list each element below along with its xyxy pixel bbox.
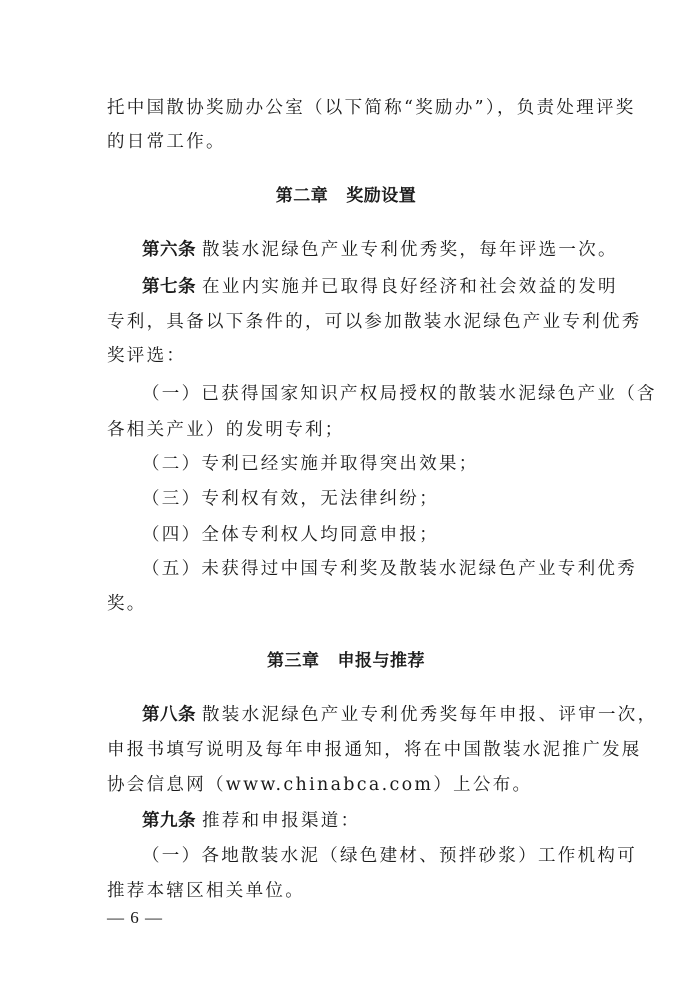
article-text: 散装水泥绿色产业专利优秀奖，每年评选一次。 xyxy=(202,240,618,260)
condition-item: （三）专利权有效，无法律纠纷； xyxy=(107,487,585,511)
article-8: 第八条散装水泥绿色产业专利优秀奖每年申报、评审一次， xyxy=(107,703,585,727)
paragraph-line: 各相关产业）的发明专利； xyxy=(107,418,585,442)
chapter-number: 第三章 xyxy=(267,651,320,671)
article-label: 第八条 xyxy=(142,705,196,725)
condition-item: （一）已获得国家知识产权局授权的散装水泥绿色产业（含 xyxy=(107,382,585,406)
paragraph-line: 专利，具备以下条件的，可以参加散装水泥绿色产业专利优秀 xyxy=(107,310,585,334)
condition-item: （二）专利已经实施并取得突出效果； xyxy=(107,452,585,476)
article-label: 第七条 xyxy=(142,277,196,297)
article-text: 在业内实施并已取得良好经济和社会效益的发明 xyxy=(202,277,618,297)
article-text: 散装水泥绿色产业专利优秀奖每年申报、评审一次， xyxy=(202,705,657,725)
page-number: — 6 — xyxy=(107,906,163,930)
article-label: 第六条 xyxy=(142,240,196,260)
paragraph-line: 协会信息网（www.chinabca.com）上公布。 xyxy=(107,773,585,797)
chapter-heading: 第二章奖励设置 xyxy=(107,184,585,208)
article-9: 第九条推荐和申报渠道： xyxy=(107,809,585,833)
paragraph-line: 申报书填写说明及每年申报通知，将在中国散装水泥推广发展 xyxy=(107,738,585,762)
chapter-title: 申报与推荐 xyxy=(338,651,426,671)
paragraph-line: 托中国散协奖励办公室（以下简称“奖励办”），负责处理评奖 xyxy=(107,96,585,120)
chapter-number: 第二章 xyxy=(276,186,329,206)
article-6: 第六条散装水泥绿色产业专利优秀奖，每年评选一次。 xyxy=(107,238,585,262)
chapter-title: 奖励设置 xyxy=(346,186,416,206)
paragraph-line: 奖。 xyxy=(107,592,585,616)
condition-item: （四）全体专利权人均同意申报； xyxy=(107,523,585,547)
article-label: 第九条 xyxy=(142,811,196,831)
article-7: 第七条在业内实施并已取得良好经济和社会效益的发明 xyxy=(107,275,585,299)
article-text: 推荐和申报渠道： xyxy=(202,811,360,831)
paragraph-line: 推荐本辖区相关单位。 xyxy=(107,879,585,903)
chapter-heading: 第三章申报与推荐 xyxy=(107,649,585,673)
condition-item: （五）未获得过中国专利奖及散装水泥绿色产业专利优秀 xyxy=(107,557,585,581)
paragraph-line: 奖评选： xyxy=(107,344,585,368)
paragraph-line: 的日常工作。 xyxy=(107,130,585,154)
channel-item: （一）各地散装水泥（绿色建材、预拌砂浆）工作机构可 xyxy=(107,844,585,868)
